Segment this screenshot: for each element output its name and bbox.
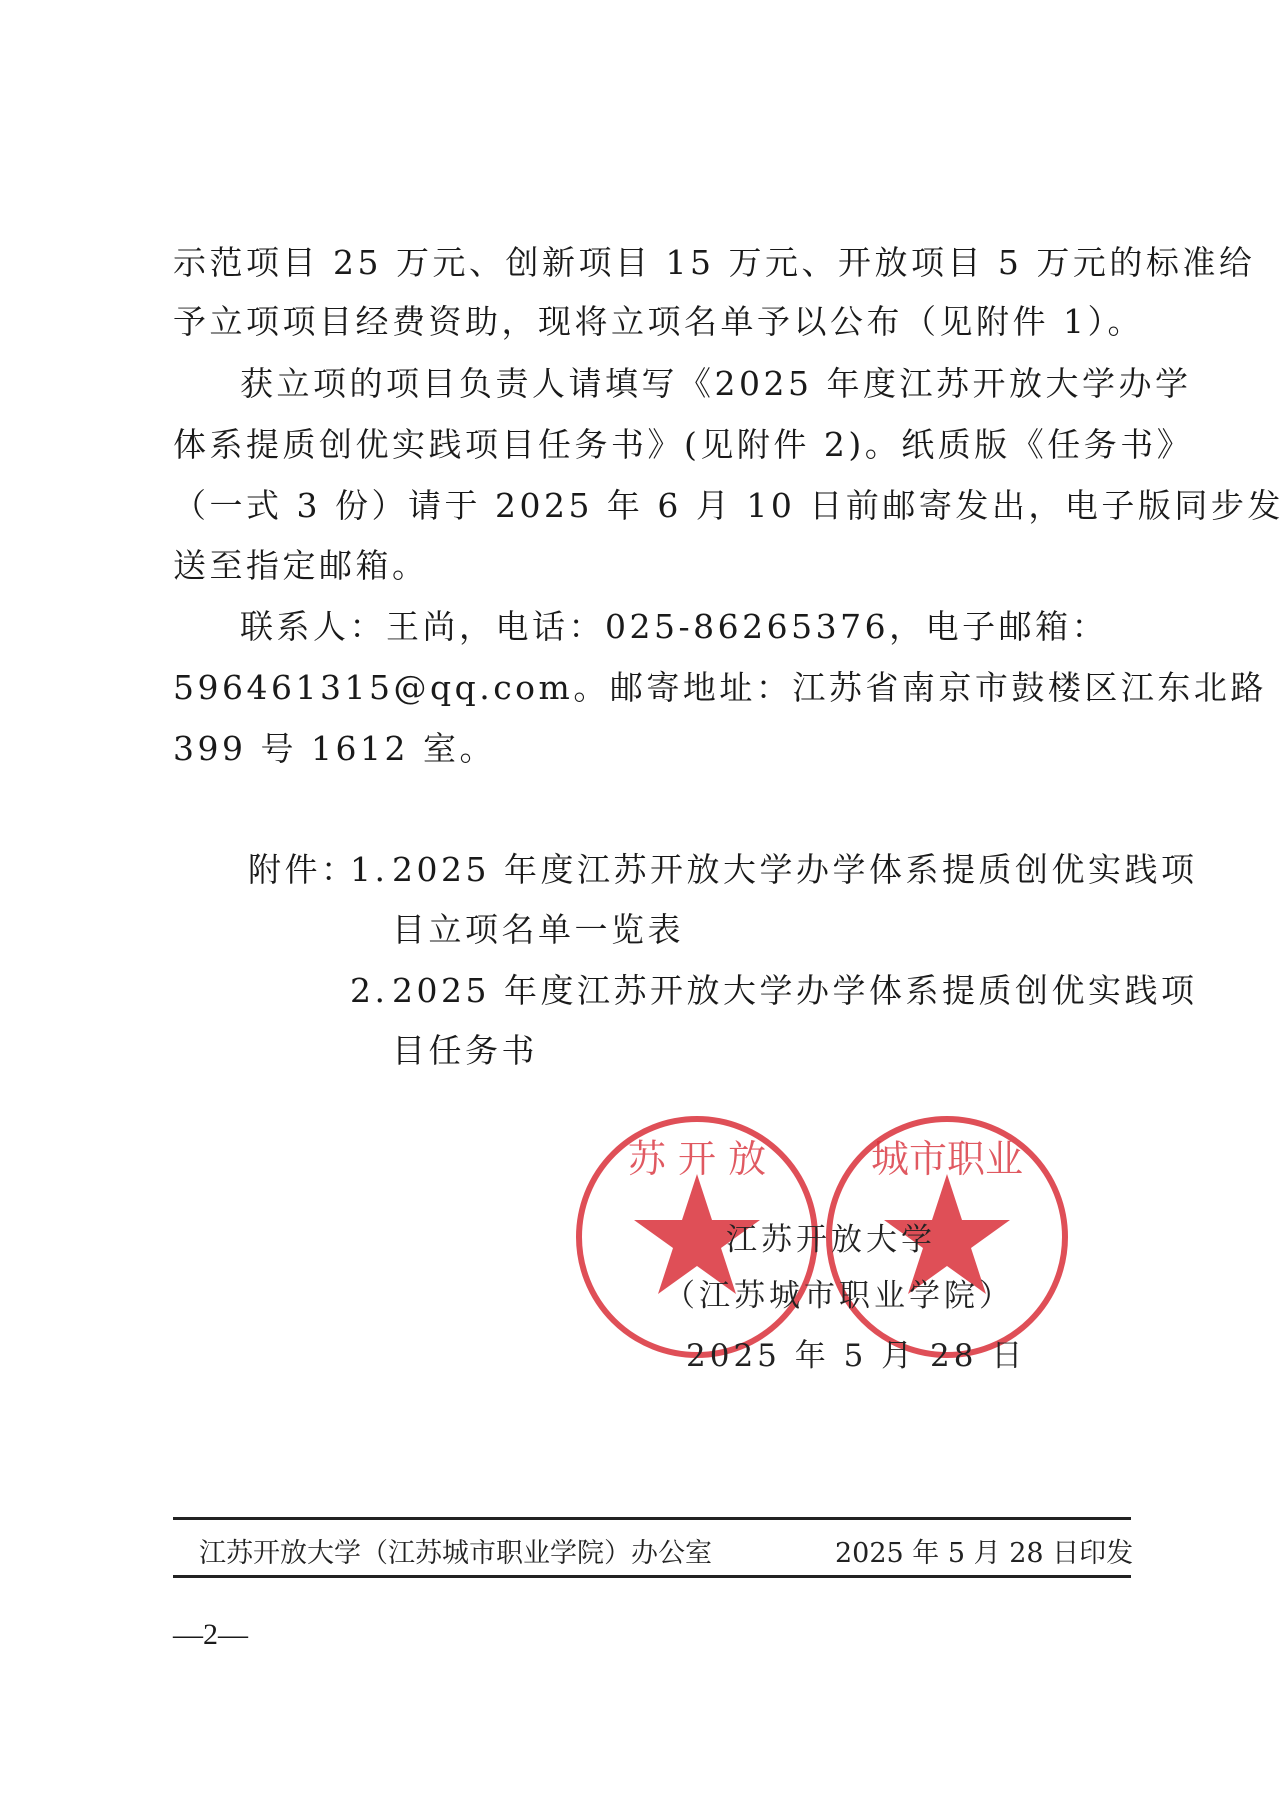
svg-text:苏 开 放: 苏 开 放 bbox=[628, 1137, 766, 1181]
attachment-title-cont: 目任务书 bbox=[392, 1031, 538, 1071]
attachment-title: 2025 年度江苏开放大学办学体系提质创优实践项 bbox=[392, 971, 1197, 1011]
attachments-label: 附件： bbox=[248, 850, 358, 890]
body-line: 予立项项目经费资助，现将立项名单予以公布（见附件 1）。 bbox=[173, 302, 1173, 342]
body-line: 399 号 1612 室。 bbox=[173, 729, 1173, 769]
footer-bottom-rule bbox=[173, 1575, 1131, 1578]
signature-date: 2025 年 5 月 28 日 bbox=[686, 1330, 1026, 1375]
page-number: —2— bbox=[173, 1618, 248, 1652]
body-line: 596461315@qq.com。邮寄地址：江苏省南京市鼓楼区江东北路 bbox=[173, 668, 1173, 708]
body-line: （一式 3 份）请于 2025 年 6 月 10 日前邮寄发出，电子版同步发 bbox=[173, 486, 1173, 526]
body-line: 示范项目 25 万元、创新项目 15 万元、开放项目 5 万元的标准给 bbox=[173, 243, 1173, 283]
body-line: 送至指定邮箱。 bbox=[173, 546, 1173, 586]
attachment-title: 2025 年度江苏开放大学办学体系提质创优实践项 bbox=[392, 850, 1197, 890]
attachment-title-cont: 目立项名单一览表 bbox=[392, 910, 684, 950]
footer-top-rule bbox=[173, 1517, 1131, 1520]
body-line: 联系人：王尚，电话：025-86265376，电子邮箱： bbox=[240, 607, 1240, 647]
issuer: 江苏开放大学（江苏城市职业学院）办公室 bbox=[199, 1531, 712, 1570]
svg-text:城市职业: 城市职业 bbox=[871, 1137, 1023, 1181]
body-line: 获立项的项目负责人请填写《2025 年度江苏开放大学办学 bbox=[240, 364, 1240, 404]
signature-org: 江苏开放大学 bbox=[726, 1214, 936, 1259]
signature-org-alt: （江苏城市职业学院） bbox=[664, 1270, 1014, 1315]
attachment-number: 2. bbox=[350, 971, 389, 1011]
body-line: 体系提质创优实践项目任务书》(见附件 2)。纸质版《任务书》 bbox=[173, 425, 1173, 465]
attachment-number: 1. bbox=[350, 850, 389, 890]
document-page: 示范项目 25 万元、创新项目 15 万元、开放项目 5 万元的标准给 予立项项… bbox=[0, 0, 1280, 1810]
issue-date: 2025 年 5 月 28 日印发 bbox=[835, 1531, 1133, 1570]
